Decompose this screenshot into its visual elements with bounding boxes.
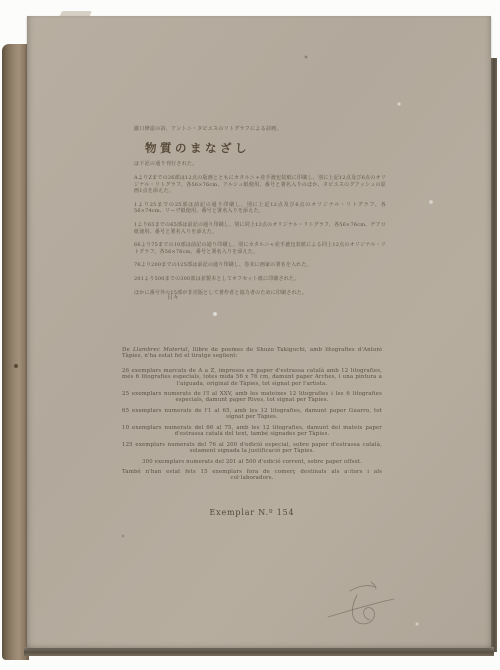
- japanese-subtitle-line: は下記の通り刊行された。: [134, 161, 386, 168]
- catalan-paragraph: 10 exemplars numerats del 66 al 75, amb …: [122, 425, 382, 437]
- artist-signature: [315, 575, 405, 635]
- book-page: 瀧口修造の詩、アントニ・タピエスのリトグラフによる詩画。 物質のまなざし は下記…: [27, 16, 491, 648]
- catalan-paragraph: 26 exemplars marcats de A a Z, impresos …: [122, 368, 382, 386]
- japanese-paragraph: AよりZまでの26部は12点の版画とともにカタルニャ産手漉包装紙に印刷し、別に上…: [134, 175, 386, 195]
- signature-accent-stroke: [350, 586, 375, 591]
- edition-number: Exemplar N.º 154: [122, 508, 382, 517]
- japanese-small-mark: 日々: [167, 293, 179, 301]
- catalan-paragraph: 300 exemplars numerats del 201 al 500 d'…: [122, 459, 382, 465]
- catalan-intro: De Llambrec Material, llibre de poemes d…: [122, 347, 382, 359]
- book-spine: [2, 44, 29, 660]
- catalan-paragraph: També n'han estat fets 15 exemplars fora…: [122, 469, 382, 481]
- catalan-colophon: De Llambrec Material, llibre de poemes d…: [122, 347, 382, 482]
- signature-cross-stroke: [328, 599, 394, 617]
- signature-accent-hook: [371, 582, 376, 589]
- catalan-paragraph: 65 exemplars numerats de l'1 al 65, amb …: [122, 408, 382, 420]
- japanese-paragraph: 1より65までの65部は前記の通り印刷し、別に同上12点のオリジナル・リトグラフ…: [134, 222, 386, 235]
- japanese-paragraph: 201より500までの300部は並製本としてオフセット紙に印刷された。: [134, 276, 386, 283]
- japanese-paragraph: 66より75までの10部は前記の通り印刷し、別にカタルニャ産手漉包装紙による同上…: [134, 242, 386, 255]
- japanese-paragraph: 1より25までの25部は前記の通り印刷し、別に上記12点及び6点のオリジナル・リ…: [134, 202, 386, 215]
- catalan-paragraph: 125 exemplars numerats del 76 al 200 d'e…: [122, 442, 382, 454]
- spine-speck: [14, 364, 18, 368]
- signature-main-stroke: [352, 595, 374, 624]
- japanese-colophon: 瀧口修造の詩、アントニ・タピエスのリトグラフによる詩画。 物質のまなざし は下記…: [134, 126, 386, 296]
- book-colophon-photo: 瀧口修造の詩、アントニ・タピエスのリトグラフによる詩画。 物質のまなざし は下記…: [0, 0, 500, 670]
- japanese-intro-line: 瀧口修造の詩、アントニ・タピエスのリトグラフによる詩画。: [134, 126, 386, 133]
- japanese-book-title: 物質のまなざし: [145, 140, 386, 156]
- cover-edge-right: [490, 58, 497, 652]
- cover-edge-bottom: [24, 647, 494, 656]
- japanese-paragraph: 76より200までの125部は前記の通り印刷し、巻末に画家の署名を入れた。: [134, 262, 386, 269]
- catalan-paragraph: 25 exemplars numerats de l'I al XXV, amb…: [122, 391, 382, 403]
